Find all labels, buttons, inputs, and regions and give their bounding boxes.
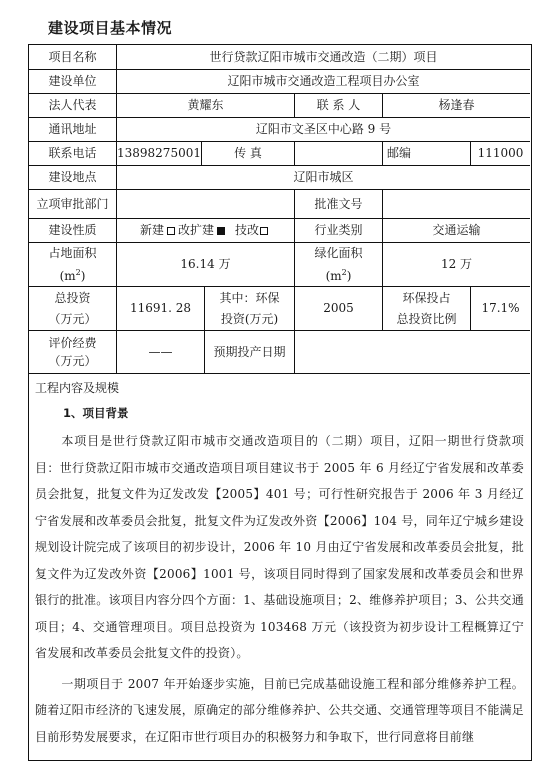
value-phone: 13898275001 — [117, 142, 202, 166]
section-heading: 工程内容及规模 — [35, 378, 524, 398]
value-address: 辽阳市文圣区中心路 9 号 — [117, 118, 530, 142]
project-content-section: 工程内容及规模 1、项目背景 本项目是世行贷款辽阳市城市交通改造项目的（二期）项… — [29, 374, 530, 754]
label-eval-fee: 评价经费 （万元） — [29, 331, 117, 374]
label-green-area-unit: (m2) — [326, 263, 352, 286]
value-approval-dept — [117, 190, 295, 219]
label-env-investment-line1: 其中：环保 — [219, 288, 279, 309]
label-zip: 邮编 — [383, 142, 471, 166]
value-zip: 111000 — [471, 142, 530, 166]
label-env-investment: 其中：环保 投资(万元) — [205, 287, 295, 331]
label-build-unit: 建设单位 — [29, 70, 117, 94]
option-new-label: 新建 — [140, 220, 164, 241]
value-location: 辽阳市城区 — [117, 166, 530, 190]
label-land-area-line1: 占地面积 — [48, 243, 96, 263]
value-build-unit: 辽阳市城市交通改造工程项目办公室 — [117, 70, 530, 94]
label-land-area: 占地面积 (m2) — [29, 243, 117, 287]
paragraph-1: 本项目是世行贷款辽阳市城市交通改造项目的（二期）项目，辽阳一期世行贷款项目：世行… — [35, 428, 524, 667]
option-tech-label: 技改 — [235, 220, 259, 241]
label-env-investment-line2: 投资(万元) — [221, 309, 278, 330]
value-project-name: 世行贷款辽阳市城市交通改造（二期）项目 — [117, 45, 530, 70]
label-eval-fee-line1: 评价经费 — [48, 334, 96, 352]
project-info-table: 项目名称 世行贷款辽阳市城市交通改造（二期）项目 建设单位 辽阳市城市交通改造工… — [28, 44, 532, 761]
label-industry: 行业类别 — [295, 219, 383, 243]
label-total-investment-line1: 总投资 — [54, 288, 90, 309]
value-land-area: 16.14 万 — [117, 243, 295, 287]
value-total-investment: 11691. 28 — [117, 287, 205, 331]
value-legal-rep: 黄耀东 — [117, 94, 295, 118]
label-address: 通讯地址 — [29, 118, 117, 142]
option-expand-label: 改扩建 — [178, 220, 214, 241]
checkbox-tech[interactable] — [260, 227, 268, 235]
page-title: 建设项目基本情况 — [48, 17, 172, 38]
value-industry: 交通运输 — [383, 219, 530, 243]
label-total-investment-line2: （万元） — [48, 309, 96, 330]
checkbox-expand-checked[interactable] — [217, 227, 225, 235]
label-location: 建设地点 — [29, 166, 117, 190]
label-phone: 联系电话 — [29, 142, 117, 166]
value-production-date — [295, 331, 530, 374]
paragraph-2: 一期项目于 2007 年开始逐步实施，目前已完成基础设施工程和部分维修养护工程。… — [35, 671, 524, 751]
section-subheading: 1、项目背景 — [35, 398, 524, 428]
label-nature: 建设性质 — [29, 219, 117, 243]
value-fax — [295, 142, 383, 166]
value-env-ratio: 17.1% — [471, 287, 530, 331]
label-env-ratio-line1: 环保投占 — [402, 288, 450, 309]
label-contact: 联 系 人 — [295, 94, 383, 118]
label-land-area-unit: (m2) — [60, 263, 86, 286]
label-green-area-line1: 绿化面积 — [314, 243, 362, 263]
label-fax: 传 真 — [202, 142, 295, 166]
label-green-area: 绿化面积 (m2) — [295, 243, 383, 287]
label-env-ratio: 环保投占 总投资比例 — [383, 287, 471, 331]
value-approval-doc — [383, 190, 530, 219]
value-eval-fee: —— — [117, 331, 205, 374]
label-approval-dept: 立项审批部门 — [29, 190, 117, 219]
label-project-name: 项目名称 — [29, 45, 117, 70]
value-green-area: 12 万 — [383, 243, 530, 287]
label-eval-fee-line2: （万元） — [48, 352, 96, 370]
label-legal-rep: 法人代表 — [29, 94, 117, 118]
label-approval-doc: 批准文号 — [295, 190, 383, 219]
label-env-ratio-line2: 总投资比例 — [396, 309, 456, 330]
nature-options: 新建 改扩建 技改 — [117, 219, 295, 243]
value-contact: 杨逢春 — [383, 94, 530, 118]
value-env-investment: 2005 — [295, 287, 383, 331]
checkbox-new[interactable] — [167, 227, 175, 235]
label-total-investment: 总投资 （万元） — [29, 287, 117, 331]
label-production-date: 预期投产日期 — [205, 331, 295, 374]
